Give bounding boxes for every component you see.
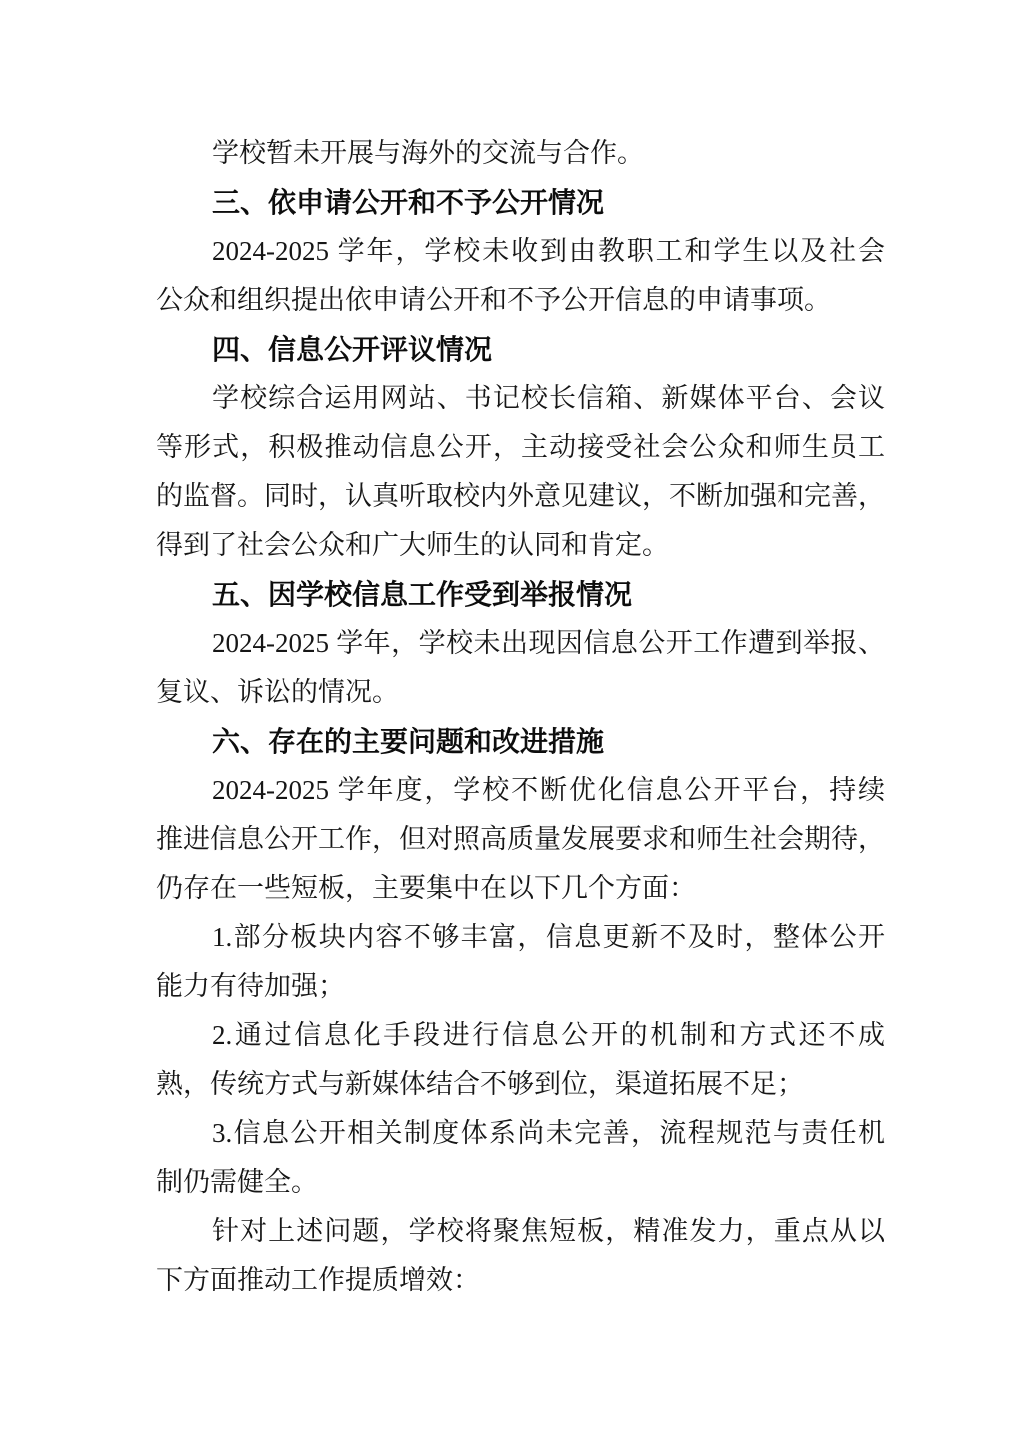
section-heading: 六、存在的主要问题和改进措施 [156, 717, 885, 766]
body-text-line: 针对上述问题，学校将聚焦短板，精准发力，重点从以 [156, 1207, 885, 1256]
body-text-line: 2.通过信息化手段进行信息公开的机制和方式还不成 [156, 1011, 885, 1060]
body-text-line: 2024-2025 学年，学校未收到由教职工和学生以及社会 [156, 227, 885, 276]
body-text-line: 复议、诉讼的情况。 [156, 668, 885, 717]
body-text-line: 等形式，积极推动信息公开，主动接受社会公众和师生员工 [156, 423, 885, 472]
body-text-line: 学校综合运用网站、书记校长信箱、新媒体平台、会议 [156, 374, 885, 423]
body-text-line: 下方面推动工作提质增效： [156, 1256, 885, 1305]
document-text-block: 学校暂未开展与海外的交流与合作。三、依申请公开和不予公开情况2024-2025 … [156, 129, 885, 1305]
body-text-line: 3.信息公开相关制度体系尚未完善，流程规范与责任机 [156, 1109, 885, 1158]
body-text-line: 熟，传统方式与新媒体结合不够到位，渠道拓展不足； [156, 1060, 885, 1109]
body-text-line: 得到了社会公众和广大师生的认同和肯定。 [156, 521, 885, 570]
section-heading: 五、因学校信息工作受到举报情况 [156, 570, 885, 619]
body-text-line: 2024-2025 学年度，学校不断优化信息公开平台，持续 [156, 766, 885, 815]
body-text-line: 制仍需健全。 [156, 1158, 885, 1207]
body-text-line: 公众和组织提出依申请公开和不予公开信息的申请事项。 [156, 276, 885, 325]
body-text-line: 1.部分板块内容不够丰富，信息更新不及时，整体公开 [156, 913, 885, 962]
section-heading: 三、依申请公开和不予公开情况 [156, 178, 885, 227]
body-text-line: 的监督。同时，认真听取校内外意见建议，不断加强和完善， [156, 472, 885, 521]
body-text-line: 仍存在一些短板，主要集中在以下几个方面： [156, 864, 885, 913]
body-text-line: 能力有待加强； [156, 962, 885, 1011]
document-page: 学校暂未开展与海外的交流与合作。三、依申请公开和不予公开情况2024-2025 … [0, 0, 1024, 1448]
body-text-line: 2024-2025 学年，学校未出现因信息公开工作遭到举报、 [156, 619, 885, 668]
body-text-line: 学校暂未开展与海外的交流与合作。 [156, 129, 885, 178]
body-text-line: 推进信息公开工作，但对照高质量发展要求和师生社会期待， [156, 815, 885, 864]
section-heading: 四、信息公开评议情况 [156, 325, 885, 374]
